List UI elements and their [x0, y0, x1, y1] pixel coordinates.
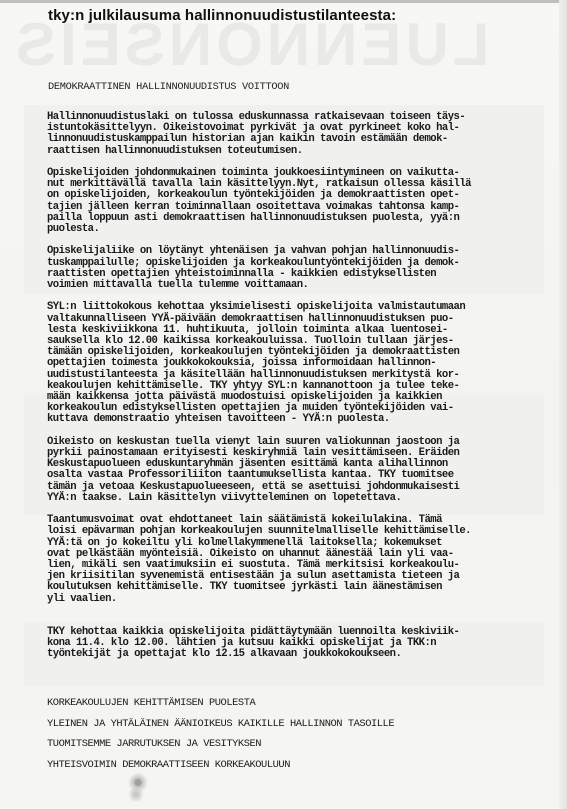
document-heading: tky:n julkilausuma hallinnonuudistustila… [48, 7, 396, 24]
document-page: LUENNONSEIS tky:n julkilausuma hallinnon… [0, 0, 567, 809]
document-subtitle: DEMOKRAATTINEN HALLINNONUUDISTUS VOITTOO… [48, 81, 289, 93]
slogan: YLEINEN JA YHTÄLÄINEN ÄÄNIOIKEUS KAIKILL… [47, 718, 394, 739]
ink-smudge [118, 772, 158, 802]
slogan: YHTEISVOIMIN DEMOKRAATTISEEN KORKEAKOULU… [47, 759, 394, 780]
slogan: KORKEAKOULUJEN KEHITTÄMISEN PUOLESTA [47, 697, 394, 718]
paragraph: Hallinnonuudistuslaki on tulossa eduskun… [47, 112, 557, 157]
paragraph: Opiskelijoiden johdonmukainen toiminta j… [47, 168, 557, 235]
page-right-edge [559, 0, 567, 809]
slogan: TUOMITSEMME JARRUTUKSEN JA VESITYKSEN [47, 738, 394, 759]
paragraph: SYL:n liittokokous kehottaa yksimielises… [47, 302, 557, 425]
paragraph: Oikeisto on keskustan tuella vienyt lain… [47, 437, 557, 504]
paragraph: Opiskelijaliike on löytänyt yhtenäisen j… [47, 246, 557, 291]
document-body: Hallinnonuudistuslaki on tulossa eduskun… [47, 112, 557, 672]
slogan-list: KORKEAKOULUJEN KEHITTÄMISEN PUOLESTA YLE… [47, 697, 394, 779]
paragraph: TKY kehottaa kaikkia opiskelijoita pidät… [47, 627, 557, 661]
page-top-edge [0, 0, 567, 3]
paragraph: Taantumusvoimat ovat ehdottaneet lain sä… [47, 515, 557, 605]
